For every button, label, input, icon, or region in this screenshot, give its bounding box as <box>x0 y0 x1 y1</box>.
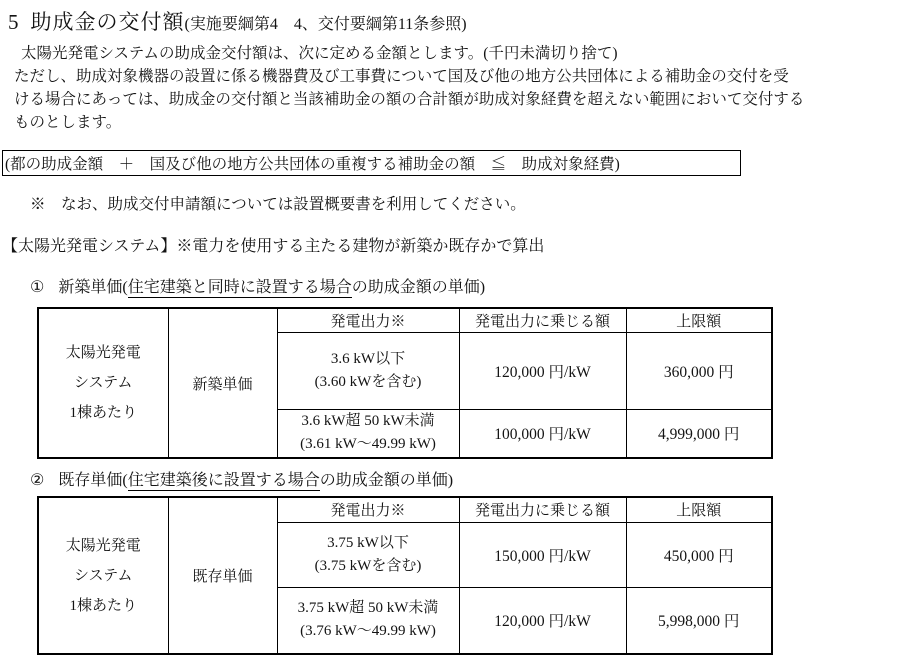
per-kw-amount-cell: 100,000 円/kW <box>459 409 626 458</box>
subsection-1-heading-pre: 新築単価( <box>58 279 127 296</box>
column-header-output: 発電出力※ <box>277 308 459 332</box>
output-main: 3.6 kW超 50 kW未満 <box>278 410 459 433</box>
subsection-2-marker: ② <box>30 472 44 489</box>
max-amount-cell: 5,998,000 円 <box>626 587 772 654</box>
subsection-2-heading-underlined: 住宅建築後に設置する場合 <box>128 472 320 491</box>
document-page: 5助成金の交付額(実施要綱第4 4、交付要綱第11条参照) 太陽光発電システムの… <box>0 0 907 666</box>
subsection-1-heading-underlined: 住宅建築と同時に設置する場合 <box>128 279 352 298</box>
note-line: ※ なお、助成交付申請額については設置概要書を利用してください。 <box>30 192 526 214</box>
column-header-rate: 発電出力に乗じる額 <box>459 308 626 332</box>
output-main: 3.75 kW超 50 kW未満 <box>278 597 459 620</box>
intro-line: ただし、助成対象機器の設置に係る機器費及び工事費について国及び他の地方公共団体に… <box>14 65 804 88</box>
table-header-row: 太陽光発電 システム 1棟あたり 既存単価 発電出力※ 発電出力に乗じる額 上限… <box>38 497 772 522</box>
system-label-line: 1棟あたり <box>39 591 168 621</box>
output-range: (3.61 kW～49.99 kW) <box>278 433 459 456</box>
output-main: 3.75 kW以下 <box>278 532 459 555</box>
output-range-cell: 3.6 kW超 50 kW未満 (3.61 kW～49.99 kW) <box>277 409 459 458</box>
formula-box: (都の助成金額 ＋ 国及び他の地方公共団体の重複する補助金の額 ≦ 助成対象経費… <box>2 150 741 176</box>
column-header-cap: 上限額 <box>626 497 772 522</box>
output-range-cell: 3.75 kW超 50 kW未満 (3.76 kW～49.99 kW) <box>277 587 459 654</box>
section-title-reference: (実施要綱第4 4、交付要綱第11条参照) <box>185 16 467 33</box>
existing-building-price-table: 太陽光発電 システム 1棟あたり 既存単価 発電出力※ 発電出力に乗じる額 上限… <box>37 496 773 655</box>
system-section-header: 【太陽光発電システム】※電力を使用する主たる建物が新築か既存かで算出 <box>2 233 544 256</box>
price-type-cell: 既存単価 <box>168 497 277 654</box>
output-range: (3.60 kWを含む) <box>278 371 459 394</box>
output-range-cell: 3.75 kW以下 (3.75 kWを含む) <box>277 522 459 587</box>
system-label-line: システム <box>39 368 168 398</box>
per-kw-amount-cell: 150,000 円/kW <box>459 522 626 587</box>
subsection-2-heading: ②既存単価(住宅建築後に設置する場合の助成金額の単価) <box>30 467 453 490</box>
price-type-cell: 新築単価 <box>168 308 277 458</box>
formula-text: (都の助成金額 ＋ 国及び他の地方公共団体の重複する補助金の額 ≦ 助成対象経費… <box>3 152 620 174</box>
subsection-1-marker: ① <box>30 279 44 296</box>
max-amount-cell: 4,999,000 円 <box>626 409 772 458</box>
section-number: 5 <box>8 10 19 34</box>
column-header-output: 発電出力※ <box>277 497 459 522</box>
table-header-row: 太陽光発電 システム 1棟あたり 新築単価 発電出力※ 発電出力に乗じる額 上限… <box>38 308 772 332</box>
per-kw-amount-cell: 120,000 円/kW <box>459 587 626 654</box>
new-construction-price-table: 太陽光発電 システム 1棟あたり 新築単価 発電出力※ 発電出力に乗じる額 上限… <box>37 307 773 459</box>
system-label-line: 太陽光発電 <box>39 338 168 368</box>
column-header-cap: 上限額 <box>626 308 772 332</box>
max-amount-cell: 360,000 円 <box>626 332 772 409</box>
output-main: 3.6 kW以下 <box>278 348 459 371</box>
system-label-line: 1棟あたり <box>39 398 168 428</box>
intro-line: 太陽光発電システムの助成金交付額は、次に定める金額とします。(千円未満切り捨て) <box>14 42 804 65</box>
section-title-text: 助成金の交付額 <box>31 10 185 34</box>
intro-line: ける場合にあっては、助成金の交付額と当該補助金の額の合計額が助成対象経費を超えな… <box>14 88 804 111</box>
system-label-cell: 太陽光発電 システム 1棟あたり <box>38 308 168 458</box>
intro-paragraph: 太陽光発電システムの助成金交付額は、次に定める金額とします。(千円未満切り捨て)… <box>14 42 804 134</box>
max-amount-cell: 450,000 円 <box>626 522 772 587</box>
subsection-1-heading: ①新築単価(住宅建築と同時に設置する場合の助成金額の単価) <box>30 274 485 297</box>
system-label-line: システム <box>39 561 168 591</box>
system-label-line: 太陽光発電 <box>39 531 168 561</box>
intro-line: ものとします。 <box>14 111 804 134</box>
subsection-2-heading-post: の助成金額の単価) <box>320 472 453 489</box>
system-label-cell: 太陽光発電 システム 1棟あたり <box>38 497 168 654</box>
page-title: 5助成金の交付額(実施要綱第4 4、交付要綱第11条参照) <box>8 6 467 36</box>
subsection-1-heading-post: の助成金額の単価) <box>352 279 485 296</box>
output-range: (3.75 kWを含む) <box>278 555 459 578</box>
per-kw-amount-cell: 120,000 円/kW <box>459 332 626 409</box>
column-header-rate: 発電出力に乗じる額 <box>459 497 626 522</box>
output-range-cell: 3.6 kW以下 (3.60 kWを含む) <box>277 332 459 409</box>
subsection-2-heading-pre: 既存単価( <box>58 472 127 489</box>
output-range: (3.76 kW～49.99 kW) <box>278 620 459 643</box>
